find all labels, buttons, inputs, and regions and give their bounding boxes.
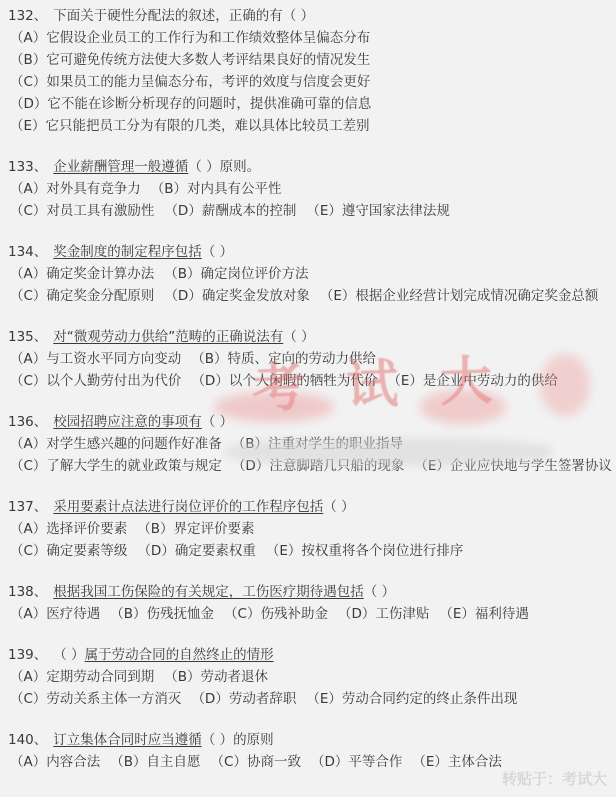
option-b: （B）确定岗位评价方法 (164, 263, 308, 285)
option-c: （C）协商一致 (211, 751, 301, 773)
option-a: （A）定期劳动合同到期 (10, 666, 154, 688)
option-line: （C）劳动关系主体一方消灭 （D）劳动者辞职 （E）劳动合同约定的终止条件出现 (8, 688, 614, 710)
question-134: 134、 奖金制度的制定程序包括（ ） （A）确定奖金计算办法 （B）确定岗位评… (8, 241, 614, 307)
option-line: （B）它可避免传统方法使大多数人考评结果良好的情况发生 (8, 49, 614, 71)
question-number: 135、 (8, 326, 47, 348)
option-d: （D）薪酬成本的控制 (164, 200, 296, 222)
question-132: 132、 下面关于硬性分配法的叙述，正确的有（ ） （A）它假设企业员工的工作行… (8, 5, 614, 137)
stem-post: （ ）原则。 (188, 159, 260, 175)
question-140: 140、 订立集体合同时应当遵循（ ）的原则 （A）内容合法 （B）自主自愿 （… (8, 729, 614, 773)
question-stem-link[interactable]: 企业薪酬管理一般遵循 (53, 159, 188, 175)
option-line: （C）如果员工的能力呈偏态分布，考评的效度与信度会更好 (8, 71, 614, 93)
question-136: 136、 校园招聘应注意的事项有（ ） （A）对学生感兴趣的问题作好准备 （B）… (8, 411, 614, 477)
question-number: 140、 (8, 729, 47, 751)
stem-post: （ ） (202, 244, 233, 260)
stem-post: （ ） (202, 414, 233, 430)
question-number: 139、 (8, 644, 47, 666)
question-stem: 下面关于硬性分配法的叙述，正确的有（ ） (53, 5, 314, 27)
question-135: 135、 对“微观劳动力供给”范畴的正确说法有（ ） （A）与工资水平同方向变动… (8, 326, 614, 392)
option-b: （B）对内具有公平性 (151, 178, 282, 200)
question-133: 133、 企业薪酬管理一般遵循（ ）原则。 （A）对外具有竞争力 （B）对内具有… (8, 156, 614, 222)
option-a: （A）对外具有竞争力 (10, 178, 141, 200)
question-stem-link[interactable]: 对“微观劳动力供给”范畴的正确说法有 (53, 329, 283, 345)
question-137: 137、 采用要素计点法进行岗位评价的工作程序包括（ ） （A）选择评价要素 （… (8, 496, 614, 562)
stem-post: （ ） (283, 329, 314, 345)
option-a: （A）内容合法 (10, 751, 100, 773)
option-line: （A）确定奖金计算办法 （B）确定岗位评价方法 (8, 263, 614, 285)
question-number: 133、 (8, 156, 47, 178)
option-d: （D）确定奖金发放对象 (164, 285, 309, 307)
question-list: 132、 下面关于硬性分配法的叙述，正确的有（ ） （A）它假设企业员工的工作行… (0, 0, 616, 773)
option-e: （E）主体合法 (412, 751, 502, 773)
option-d: （D）以个人闲暇的牺牲为代价 (191, 370, 377, 392)
question-stem: 奖金制度的制定程序包括（ ） (53, 241, 233, 263)
option-d: （D）它不能在诊断分析现存的问题时，提供准确可靠的信息 (10, 93, 371, 115)
question-number: 137、 (8, 496, 47, 518)
question-stem-link[interactable]: 校园招聘应注意的事项有 (53, 414, 202, 430)
question-stem-link[interactable]: 根据我国工伤保险的有关规定，工伤医疗期待遇包括 (53, 584, 364, 600)
option-line: （C）以个人勤劳付出为代价 （D）以个人闲暇的牺牲为代价 （E）是企业中劳动力的… (8, 370, 614, 392)
option-d: （D）劳动者辞职 (191, 688, 296, 710)
question-title: 132、 下面关于硬性分配法的叙述，正确的有（ ） (8, 5, 614, 27)
question-stem-link[interactable]: 奖金制度的制定程序包括 (53, 244, 202, 260)
question-stem-link[interactable]: 属于劳动合同的自然终止的情形 (85, 647, 274, 663)
option-e: （E）它只能把员工分为有限的几类，难以具体比较员工差别 (10, 115, 370, 137)
option-line: （C）确定奖金分配原则 （D）确定奖金发放对象 （E）根据企业经营计划完成情况确… (8, 285, 614, 307)
option-e: （E）福利待遇 (439, 603, 529, 625)
option-b: （B）特质、定向的劳动力供给 (191, 348, 376, 370)
exam-page: { "page": { "background": "#f2f2f2", "te… (0, 0, 616, 797)
option-e: （E）根据企业经营计划完成情况确定奖金总额 (320, 285, 599, 307)
option-a: （A）它假设企业员工的工作行为和工作绩效整体呈偏态分布 (10, 27, 370, 49)
option-e: （E）劳动合同约定的终止条件出现 (306, 688, 517, 710)
option-a: （A）选择评价要素 (10, 518, 127, 540)
option-a: （A）医疗待遇 (10, 603, 100, 625)
option-d: （D）确定要素权重 (137, 540, 255, 562)
option-b: （B）自主自愿 (110, 751, 200, 773)
option-c: （C）如果员工的能力呈偏态分布，考评的效度与信度会更好 (10, 71, 370, 93)
option-b: （B）注重对学生的职业指导 (232, 433, 403, 455)
question-stem: （ ）属于劳动合同的自然终止的情形 (53, 644, 273, 666)
question-title: 137、 采用要素计点法进行岗位评价的工作程序包括（ ） (8, 496, 614, 518)
question-stem: 对“微观劳动力供给”范畴的正确说法有（ ） (53, 326, 314, 348)
question-stem: 根据我国工伤保险的有关规定，工伤医疗期待遇包括（ ） (53, 581, 395, 603)
question-number: 134、 (8, 241, 47, 263)
option-e: （E）是企业中劳动力的供给 (387, 370, 558, 392)
stem-post: （ ） (364, 584, 395, 600)
option-c: （C）劳动关系主体一方消灭 (10, 688, 181, 710)
question-number: 136、 (8, 411, 47, 433)
stem-pre: （ ） (53, 647, 84, 663)
question-139: 139、 （ ）属于劳动合同的自然终止的情形 （A）定期劳动合同到期 （B）劳动… (8, 644, 614, 710)
option-c: （C）对员工具有激励性 (10, 200, 154, 222)
question-title: 136、 校园招聘应注意的事项有（ ） (8, 411, 614, 433)
question-stem-link[interactable]: 订立集体合同时应当遵循 (53, 732, 202, 748)
option-b: （B）它可避免传统方法使大多数人考评结果良好的情况发生 (10, 49, 370, 71)
option-a: （A）确定奖金计算办法 (10, 263, 154, 285)
question-stem: 采用要素计点法进行岗位评价的工作程序包括（ ） (53, 496, 354, 518)
question-stem: 校园招聘应注意的事项有（ ） (53, 411, 233, 433)
stem-post: （ ） (323, 499, 354, 515)
stem-post: （ ）的原则 (202, 732, 274, 748)
question-title: 135、 对“微观劳动力供给”范畴的正确说法有（ ） (8, 326, 614, 348)
question-stem: 企业薪酬管理一般遵循（ ）原则。 (53, 156, 260, 178)
option-line: （A）定期劳动合同到期 （B）劳动者退休 (8, 666, 614, 688)
option-line: （E）它只能把员工分为有限的几类，难以具体比较员工差别 (8, 115, 614, 137)
option-c: （C）确定奖金分配原则 (10, 285, 154, 307)
question-number: 132、 (8, 5, 47, 27)
option-d: （D）平等合作 (311, 751, 402, 773)
question-number: 138、 (8, 581, 47, 603)
option-c: （C）以个人勤劳付出为代价 (10, 370, 181, 392)
option-b: （B）界定评价要素 (137, 518, 254, 540)
question-title: 138、 根据我国工伤保险的有关规定，工伤医疗期待遇包括（ ） (8, 581, 614, 603)
option-e: （E）按权重将各个岗位进行排序 (266, 540, 464, 562)
option-line: （A）选择评价要素 （B）界定评价要素 (8, 518, 614, 540)
option-line: （A）与工资水平同方向变动 （B）特质、定向的劳动力供给 (8, 348, 614, 370)
question-stem-link[interactable]: 采用要素计点法进行岗位评价的工作程序包括 (53, 499, 323, 515)
option-c: （C）了解大学生的就业政策与规定 (10, 455, 222, 477)
option-c: （C）确定要素等级 (10, 540, 127, 562)
option-line: （A）对外具有竞争力 （B）对内具有公平性 (8, 178, 614, 200)
option-line: （A）内容合法 （B）自主自愿 （C）协商一致 （D）平等合作 （E）主体合法 (8, 751, 614, 773)
option-line: （C）了解大学生的就业政策与规定 （D）注意脚踏几只船的现象 （E）企业应快地与… (8, 455, 614, 477)
question-title: 133、 企业薪酬管理一般遵循（ ）原则。 (8, 156, 614, 178)
question-title: 140、 订立集体合同时应当遵循（ ）的原则 (8, 729, 614, 751)
question-title: 139、 （ ）属于劳动合同的自然终止的情形 (8, 644, 614, 666)
option-e: （E）遵守国家法律法规 (306, 200, 450, 222)
option-line: （D）它不能在诊断分析现存的问题时，提供准确可靠的信息 (8, 93, 614, 115)
question-138: 138、 根据我国工伤保险的有关规定，工伤医疗期待遇包括（ ） （A）医疗待遇 … (8, 581, 614, 625)
option-line: （A）医疗待遇 （B）伤残抚恤金 （C）伤残补助金 （D）工伤津贴 （E）福利待… (8, 603, 614, 625)
question-title: 134、 奖金制度的制定程序包括（ ） (8, 241, 614, 263)
option-line: （C）对员工具有激励性 （D）薪酬成本的控制 （E）遵守国家法律法规 (8, 200, 614, 222)
option-c: （C）伤残补助金 (224, 603, 328, 625)
option-a: （A）对学生感兴趣的问题作好准备 (10, 433, 222, 455)
option-d: （D）工伤津贴 (338, 603, 429, 625)
option-line: （A）对学生感兴趣的问题作好准备 （B）注重对学生的职业指导 (8, 433, 614, 455)
option-line: （A）它假设企业员工的工作行为和工作绩效整体呈偏态分布 (8, 27, 614, 49)
option-line: （C）确定要素等级 （D）确定要素权重 （E）按权重将各个岗位进行排序 (8, 540, 614, 562)
option-b: （B）伤残抚恤金 (110, 603, 214, 625)
stem-post: 下面关于硬性分配法的叙述，正确的有（ ） (53, 8, 314, 24)
option-e: （E）企业应快地与学生签署协议 (414, 455, 612, 477)
question-stem: 订立集体合同时应当遵循（ ）的原则 (53, 729, 273, 751)
option-a: （A）与工资水平同方向变动 (10, 348, 181, 370)
option-b: （B）劳动者退休 (164, 666, 268, 688)
option-d: （D）注意脚踏几只船的现象 (232, 455, 404, 477)
